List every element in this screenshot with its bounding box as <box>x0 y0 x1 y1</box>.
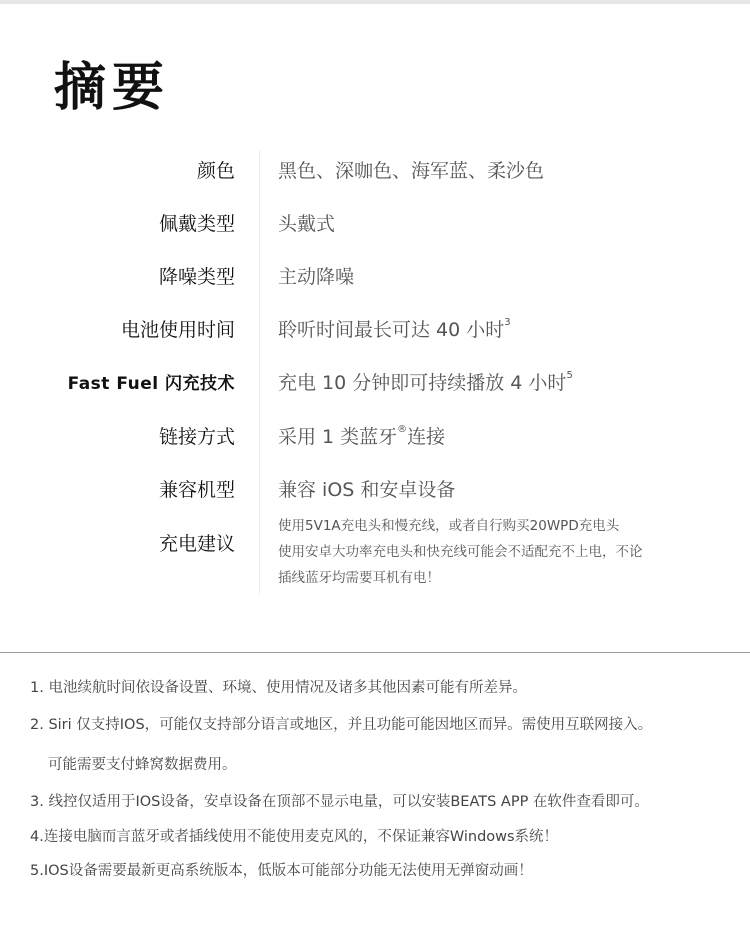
spec-value-text: 聆听时间最长可达 40 小时 <box>278 319 504 341</box>
advice-line: 使用安卓大功率充电头和快充线可能会不适配充不上电，不论 <box>278 539 643 565</box>
footnote-marker: 3 <box>504 317 510 328</box>
spec-label: 链接方式 <box>159 428 235 447</box>
registered-mark: ® <box>397 424 407 435</box>
spec-label: 电池使用时间 <box>121 321 235 340</box>
footnote-1: 1. 电池续航时间依设备设置、环境、使用情况及诸多其他因素可能有所差异。 <box>30 681 527 696</box>
spec-value-text: 连接 <box>407 426 445 448</box>
footnote-marker: 5 <box>566 370 572 381</box>
advice-line: 插线蓝牙均需要耳机有电！ <box>278 565 643 591</box>
spec-label: 充电建议 <box>159 535 235 554</box>
spec-label: 兼容机型 <box>159 481 235 500</box>
spec-value: 黑色、深咖色、海军蓝、柔沙色 <box>278 162 544 181</box>
charging-advice-text: 使用5V1A充电头和慢充线，或者自行购买20WPD充电头 使用安卓大功率充电头和… <box>278 513 643 591</box>
spec-value: 头戴式 <box>278 215 335 234</box>
footnote-2-continued: 可能需要支付蜂窝数据费用。 <box>48 758 237 773</box>
footnote-3: 3. 线控仅适用于IOS设备，安卓设备在顶部不显示电量，可以安装BEATS AP… <box>30 795 649 810</box>
spec-value: 充电 10 分钟即可持续播放 4 小时5 <box>278 374 573 393</box>
section-divider <box>0 652 750 653</box>
spec-label: 降噪类型 <box>159 268 235 287</box>
spec-value: 采用 1 类蓝牙®连接 <box>278 428 445 447</box>
footnote-5: 5.IOS设备需要最新更高系统版本，低版本可能部分功能无法使用无弹窗动画！ <box>30 864 533 879</box>
top-edge-bar <box>0 0 750 4</box>
spec-value: 聆听时间最长可达 40 小时3 <box>278 321 511 340</box>
spec-label: 颜色 <box>197 162 235 181</box>
advice-line: 使用5V1A充电头和慢充线，或者自行购买20WPD充电头 <box>278 513 643 539</box>
page-title: 摘要 <box>54 62 170 114</box>
spec-label: 佩戴类型 <box>159 215 235 234</box>
spec-value-text: 充电 10 分钟即可持续播放 4 小时 <box>278 372 566 394</box>
footnote-4: 4.连接电脑而言蓝牙或者插线使用不能使用麦克风的，不保证兼容Windows系统！ <box>30 830 558 845</box>
footnote-2: 2. Siri 仅支持IOS，可能仅支持部分语言或地区，并且功能可能因地区而异。… <box>30 718 652 733</box>
spec-value-text: 采用 1 类蓝牙 <box>278 426 397 448</box>
spec-column-divider <box>259 150 260 595</box>
spec-value: 主动降噪 <box>278 268 354 287</box>
spec-value: 兼容 iOS 和安卓设备 <box>278 481 455 500</box>
spec-label: Fast Fuel 闪充技术 <box>68 376 235 393</box>
